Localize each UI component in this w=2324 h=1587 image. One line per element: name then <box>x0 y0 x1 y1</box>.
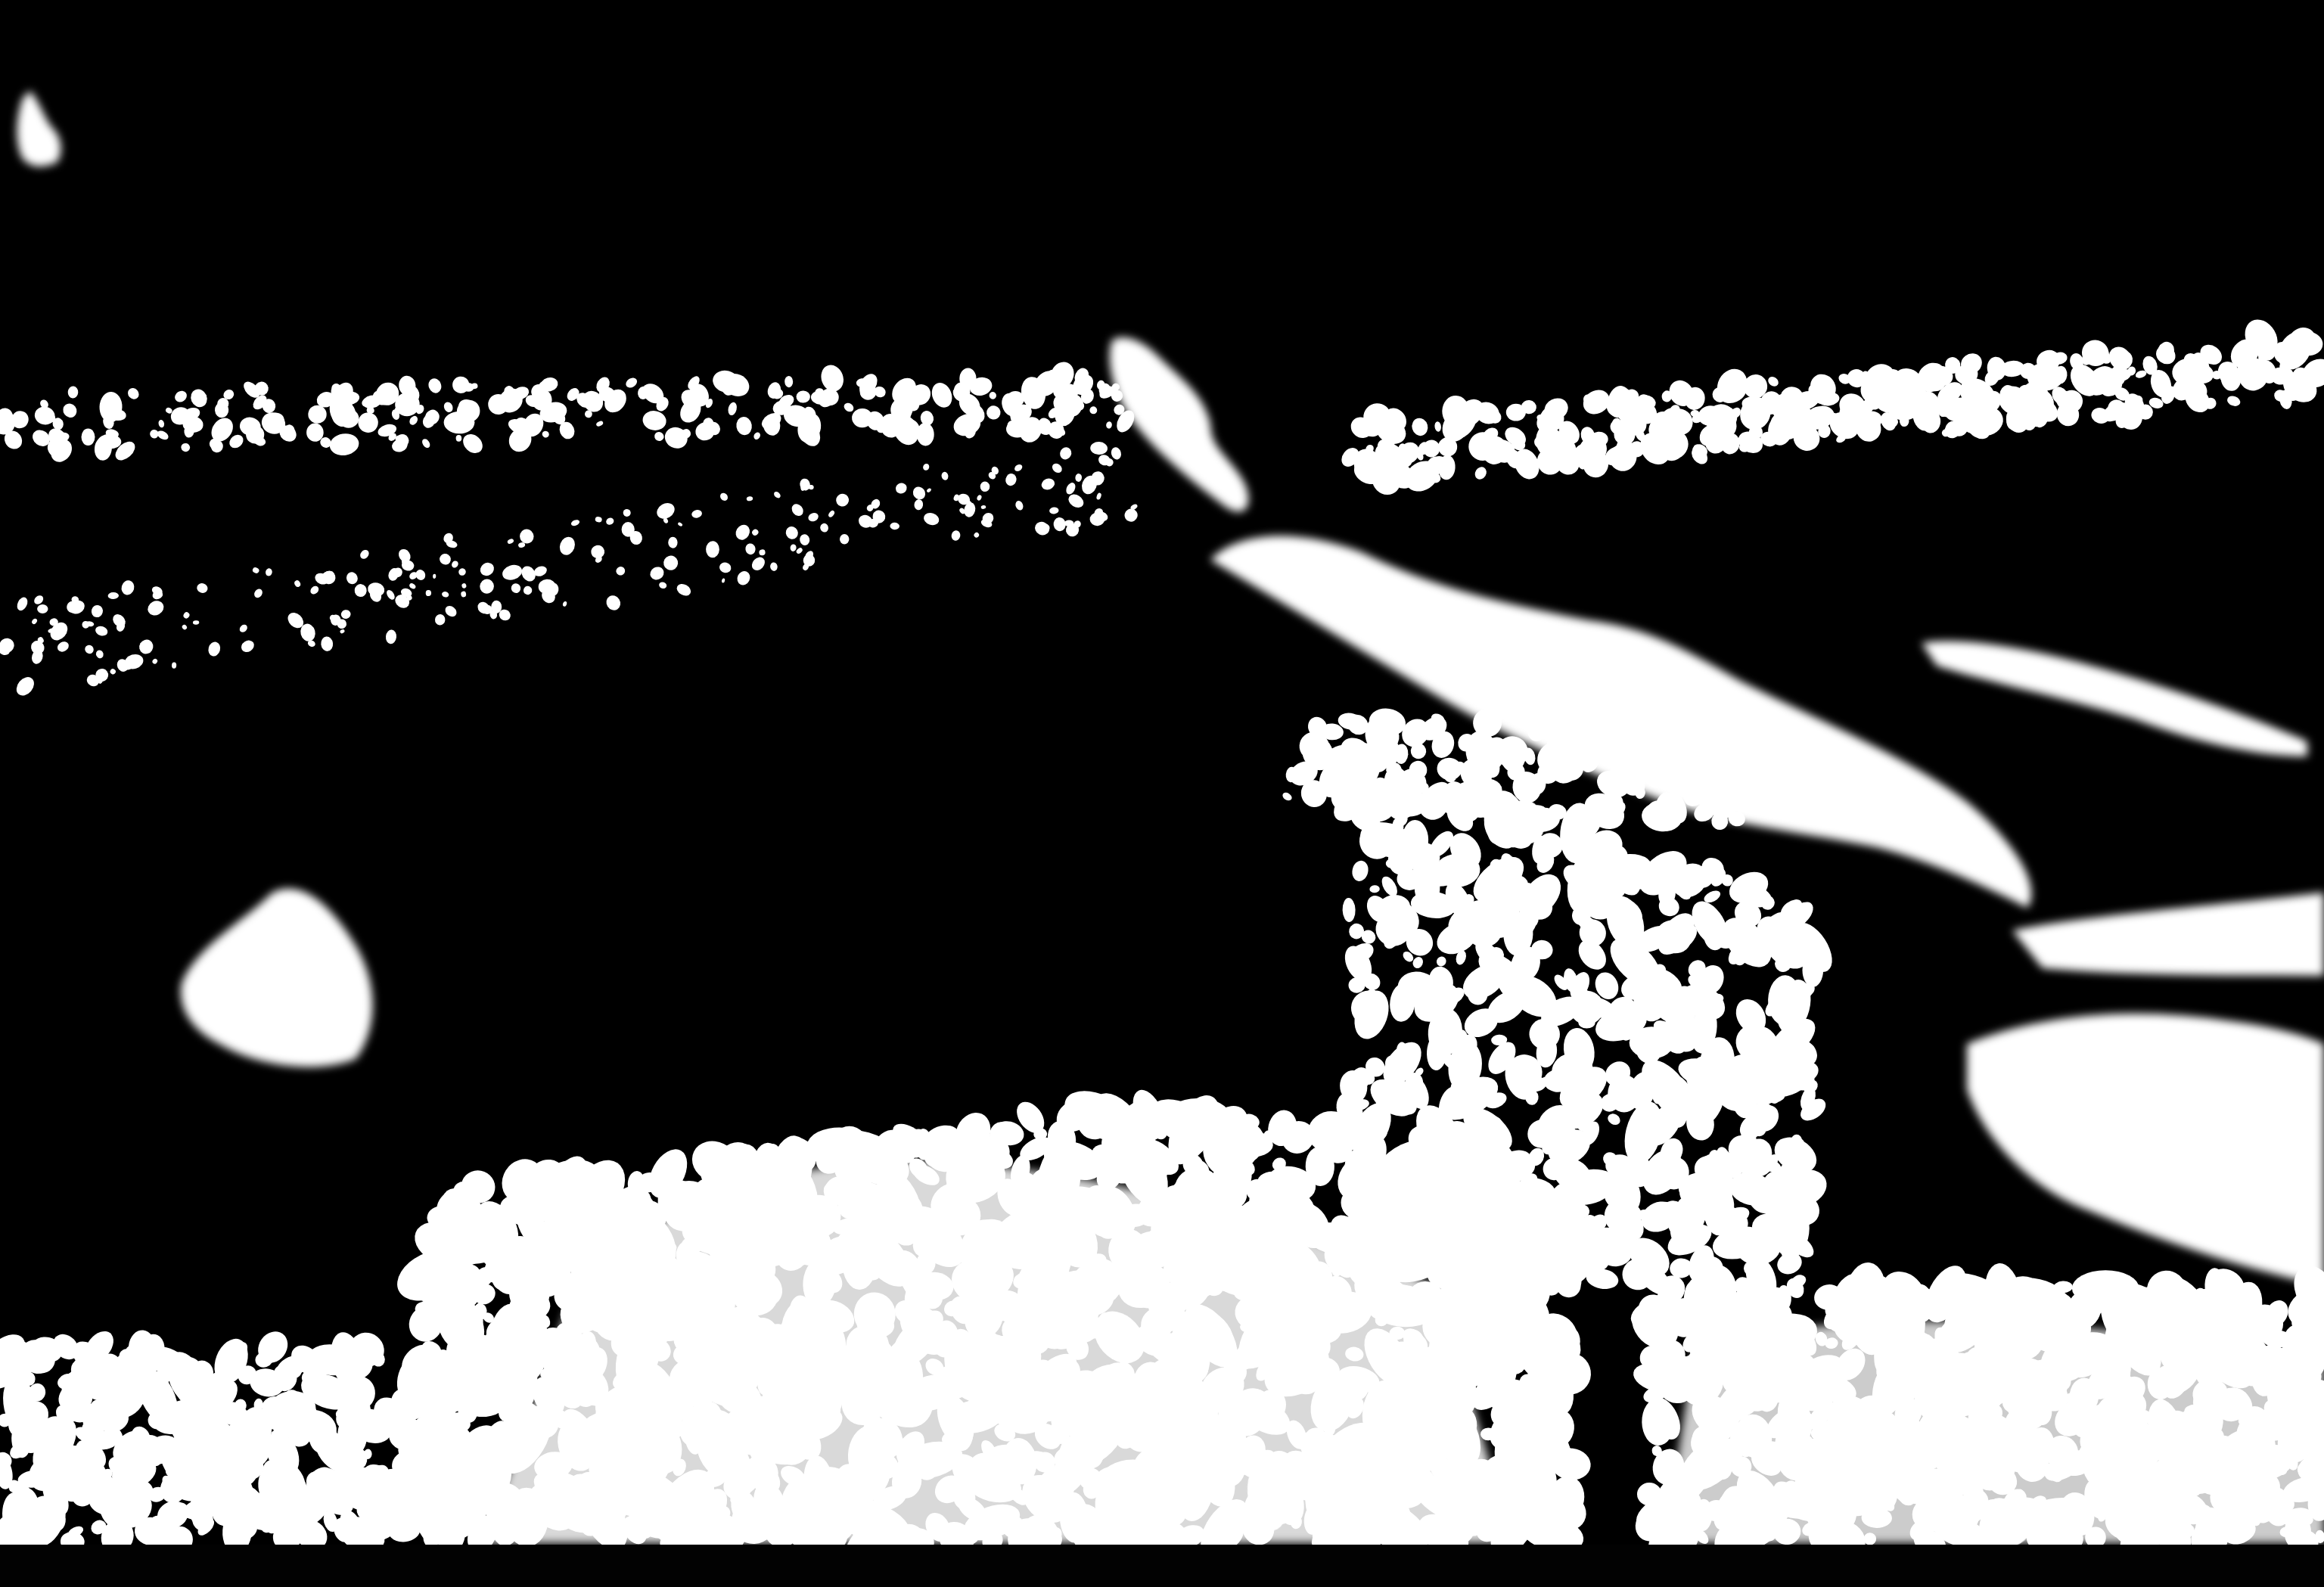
bottom-band <box>0 1545 2324 1587</box>
mask-image <box>0 0 2324 1587</box>
mask-svg <box>0 0 2324 1587</box>
